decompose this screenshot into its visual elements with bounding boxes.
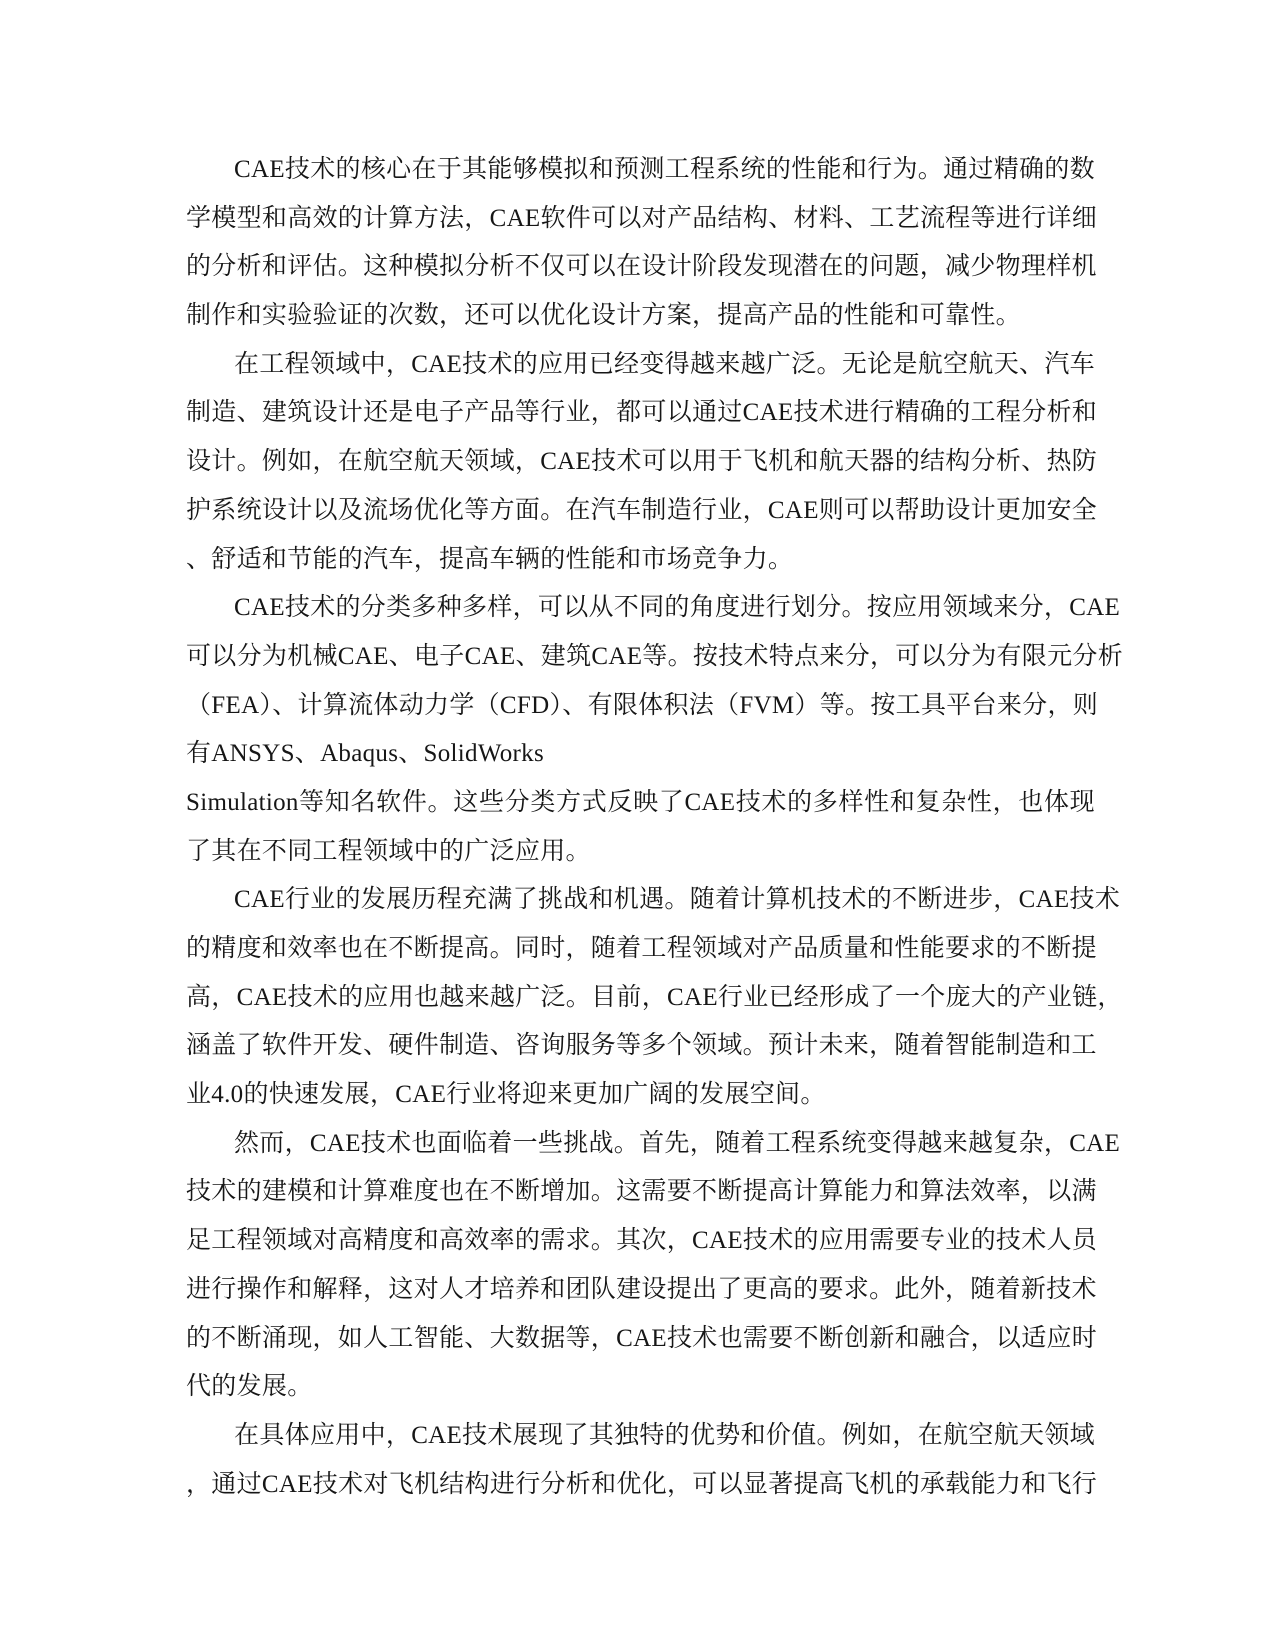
paragraph: 然而，CAE技术也面临着一些挑战。首先，随着工程系统变得越来越复杂，CAE技术的… xyxy=(186,1120,1095,1412)
paragraph: 在具体应用中，CAE技术展现了其独特的优势和价值。例如，在航空航天领域，通过CA… xyxy=(186,1412,1095,1509)
text-line: 涵盖了软件开发、硬件制造、咨询服务等多个领域。预计未来，随着智能制造和工 xyxy=(186,1022,1095,1071)
text-line: （FEA）、计算流体动力学（CFD）、有限体积法（FVM）等。按工具平台来分，则 xyxy=(186,682,1095,731)
text-line: 足工程领域对高精度和高效率的需求。其次，CAE技术的应用需要专业的技术人员 xyxy=(186,1217,1095,1266)
text-line: 了其在不同工程领域中的广泛应用。 xyxy=(186,828,1095,877)
text-line: 有ANSYS、Abaqus、SolidWorks xyxy=(186,730,1095,779)
text-line: 代的发展。 xyxy=(186,1363,1095,1412)
text-line: Simulation等知名软件。这些分类方式反映了CAE技术的多样性和复杂性，也… xyxy=(186,779,1095,828)
text-line: 制作和实验验证的次数，还可以优化设计方案，提高产品的性能和可靠性。 xyxy=(186,292,1095,341)
text-line: 、舒适和节能的汽车，提高车辆的性能和市场竞争力。 xyxy=(186,536,1095,585)
text-line: 的分析和评估。这种模拟分析不仅可以在设计阶段发现潜在的问题，减少物理样机 xyxy=(186,243,1095,292)
paragraph: CAE技术的核心在于其能够模拟和预测工程系统的性能和行为。通过精确的数学模型和高… xyxy=(186,146,1095,341)
text-line: 的不断涌现，如人工智能、大数据等，CAE技术也需要不断创新和融合，以适应时 xyxy=(186,1315,1095,1364)
text-line: CAE技术的核心在于其能够模拟和预测工程系统的性能和行为。通过精确的数 xyxy=(186,146,1095,195)
text-line: 学模型和高效的计算方法，CAE软件可以对产品结构、材料、工艺流程等进行详细 xyxy=(186,195,1095,244)
text-line: 制造、建筑设计还是电子产品等行业，都可以通过CAE技术进行精确的工程分析和 xyxy=(186,389,1095,438)
document-body: CAE技术的核心在于其能够模拟和预测工程系统的性能和行为。通过精确的数学模型和高… xyxy=(186,146,1095,1509)
text-line: 技术的建模和计算难度也在不断增加。这需要不断提高计算能力和算法效率，以满 xyxy=(186,1168,1095,1217)
text-line: CAE行业的发展历程充满了挑战和机遇。随着计算机技术的不断进步，CAE技术 xyxy=(186,876,1095,925)
document-page: CAE技术的核心在于其能够模拟和预测工程系统的性能和行为。通过精确的数学模型和高… xyxy=(0,0,1275,1650)
text-line: 护系统设计以及流场优化等方面。在汽车制造行业，CAE则可以帮助设计更加安全 xyxy=(186,487,1095,536)
text-line: 进行操作和解释，这对人才培养和团队建设提出了更高的要求。此外，随着新技术 xyxy=(186,1266,1095,1315)
text-line: 然而，CAE技术也面临着一些挑战。首先，随着工程系统变得越来越复杂，CAE xyxy=(186,1120,1095,1169)
text-line: 在具体应用中，CAE技术展现了其独特的优势和价值。例如，在航空航天领域 xyxy=(186,1412,1095,1461)
text-line: 设计。例如，在航空航天领域，CAE技术可以用于飞机和航天器的结构分析、热防 xyxy=(186,438,1095,487)
paragraph: CAE行业的发展历程充满了挑战和机遇。随着计算机技术的不断进步，CAE技术的精度… xyxy=(186,876,1095,1119)
text-line: 在工程领域中，CAE技术的应用已经变得越来越广泛。无论是航空航天、汽车 xyxy=(186,341,1095,390)
paragraph: CAE技术的分类多种多样，可以从不同的角度进行划分。按应用领域来分，CAE可以分… xyxy=(186,584,1095,876)
text-line: CAE技术的分类多种多样，可以从不同的角度进行划分。按应用领域来分，CAE xyxy=(186,584,1095,633)
text-line: 的精度和效率也在不断提高。同时，随着工程领域对产品质量和性能要求的不断提 xyxy=(186,925,1095,974)
text-line: 高，CAE技术的应用也越来越广泛。目前，CAE行业已经形成了一个庞大的产业链， xyxy=(186,974,1095,1023)
text-line: ，通过CAE技术对飞机结构进行分析和优化，可以显著提高飞机的承载能力和飞行 xyxy=(186,1461,1095,1510)
text-line: 业4.0的快速发展，CAE行业将迎来更加广阔的发展空间。 xyxy=(186,1071,1095,1120)
paragraph: 在工程领域中，CAE技术的应用已经变得越来越广泛。无论是航空航天、汽车制造、建筑… xyxy=(186,341,1095,584)
text-line: 可以分为机械CAE、电子CAE、建筑CAE等。按技术特点来分，可以分为有限元分析 xyxy=(186,633,1095,682)
